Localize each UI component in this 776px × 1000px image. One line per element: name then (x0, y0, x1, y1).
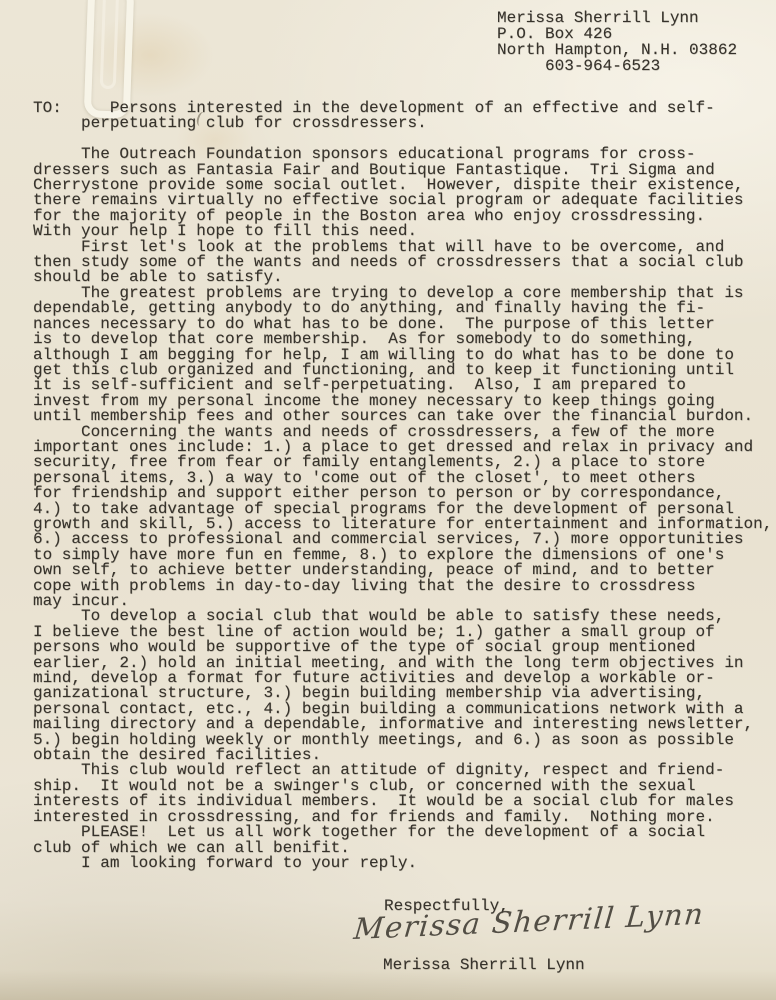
sender-address-block: Merissa Sherrill Lynn P.O. Box 426 North… (497, 10, 737, 74)
typed-signature-name: Merissa Sherrill Lynn (383, 957, 585, 973)
letter-sheet: Merissa Sherrill Lynn P.O. Box 426 North… (0, 0, 776, 1000)
paperclip-inner-loop (100, 0, 120, 89)
letter-body: TO: Persons interested in the developmen… (33, 101, 772, 871)
